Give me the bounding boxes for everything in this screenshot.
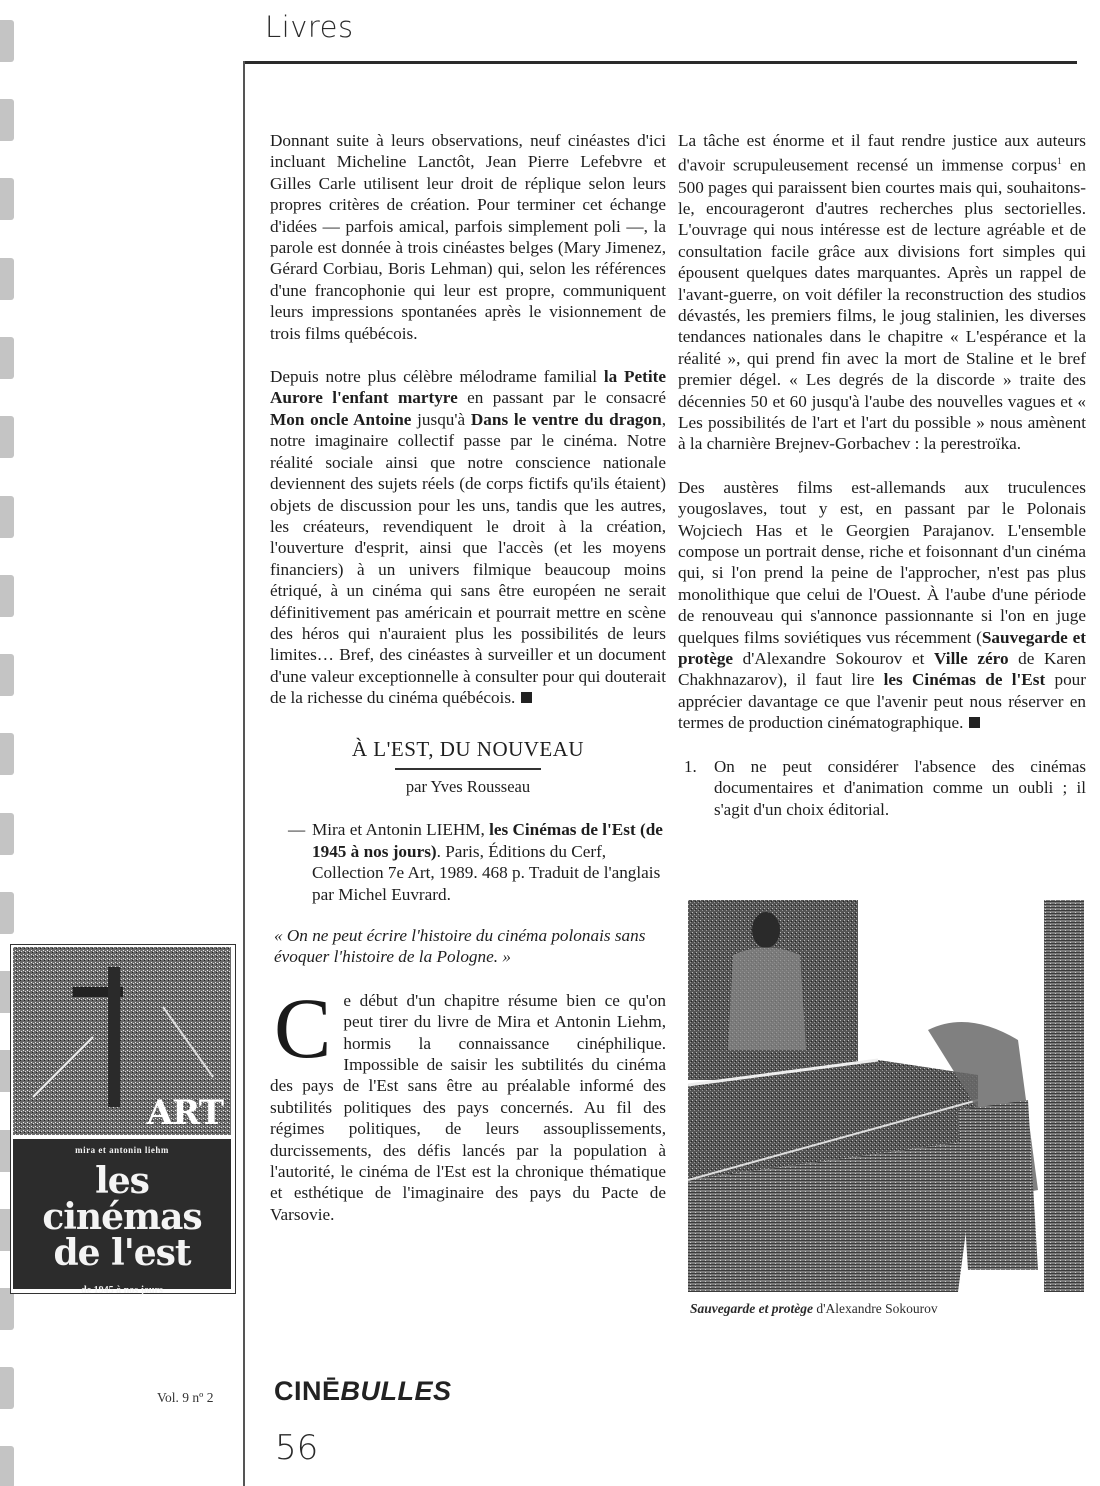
magazine-logo: CINĒBULLES <box>274 1376 452 1407</box>
binding-hole <box>0 892 14 934</box>
binding-hole <box>0 1446 14 1486</box>
article-body: Ce début d'un chapitre résume bien ce qu… <box>270 990 666 1225</box>
binding-hole <box>0 20 14 62</box>
binding-hole <box>0 733 14 775</box>
end-of-article-mark <box>521 692 532 703</box>
binding-hole <box>0 178 14 220</box>
binding-hole <box>0 337 14 379</box>
book-cover-authors: mira et antonin liehm <box>13 1145 231 1155</box>
book-title: les Cinémas de l'Est <box>884 670 1046 689</box>
film-still-image <box>688 900 1084 1292</box>
film-title: Mon oncle Antoine <box>270 410 411 429</box>
book-cover-image: ART mira et antonin liehm les cinémas de… <box>10 944 236 1294</box>
review-paragraph: Donnant suite à leurs observations, neuf… <box>270 130 666 344</box>
epigraph-quote: « On ne peut écrire l'histoire du cinéma… <box>270 925 666 968</box>
binding-hole <box>0 496 14 538</box>
review-paragraph: Depuis notre plus célèbre mélodrame fami… <box>270 366 666 709</box>
article-paragraph: La tâche est énorme et il faut rendre ju… <box>678 130 1086 455</box>
film-still-photo <box>688 900 1084 1292</box>
binding-hole <box>0 813 14 855</box>
film-title: Ville zéro <box>934 649 1009 668</box>
photo-caption: Sauvegarde et protège d'Alexandre Sokour… <box>690 1301 938 1317</box>
binding-hole <box>0 575 14 617</box>
drop-cap: C <box>274 996 331 1060</box>
book-series-logo: ART <box>147 1093 223 1133</box>
byline: par Yves Rousseau <box>270 776 666 797</box>
binding-hole <box>0 416 14 458</box>
right-column: La tâche est énorme et il faut rendre ju… <box>678 130 1086 820</box>
header-rule <box>243 61 1077 64</box>
film-title: Dans le ventre du dragon <box>471 410 662 429</box>
book-cover-title: les cinémas de l'est <box>13 1163 231 1271</box>
volume-issue: Vol. 9 nº 2 <box>157 1390 213 1406</box>
book-cover-dates: de 1945 à nos jours <box>13 1285 231 1296</box>
book-reference: — Mira et Antonin LIEHM, les Cinémas de … <box>270 819 666 905</box>
binding-hole <box>0 258 14 300</box>
book-cover-title-panel: mira et antonin liehm les cinémas de l'e… <box>13 1139 231 1289</box>
margin-rule <box>243 61 245 1486</box>
binding-hole <box>0 99 14 141</box>
article-paragraph: Des austères films est-allemands aux tru… <box>678 477 1086 734</box>
binding-hole <box>0 654 14 696</box>
binding-hole <box>0 1288 14 1330</box>
section-title: Livres <box>265 10 354 44</box>
title-rule <box>395 768 541 770</box>
page-number: 56 <box>275 1428 318 1468</box>
binding-hole <box>0 1367 14 1409</box>
article-title: À L'EST, DU NOUVEAU <box>270 739 666 760</box>
left-column: Donnant suite à leurs observations, neuf… <box>270 130 666 1247</box>
end-of-article-mark <box>969 717 980 728</box>
footnote: 1. On ne peut considérer l'absence des c… <box>678 756 1086 820</box>
